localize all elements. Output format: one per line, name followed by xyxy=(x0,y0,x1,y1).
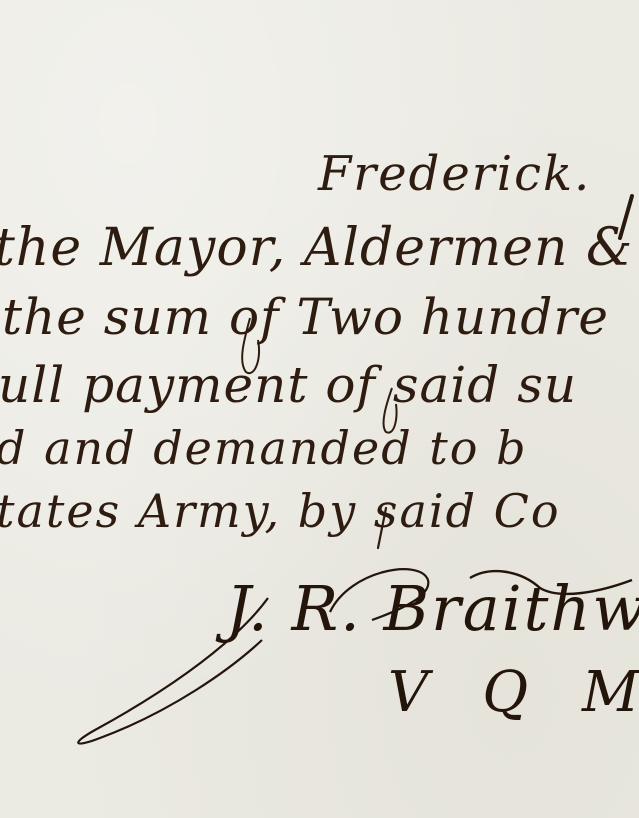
document-page: Frederick. the Mayor, Aldermen & the sum… xyxy=(0,0,639,818)
place-heading: Frederick. xyxy=(318,150,591,198)
body-line-3: ull payment of said su xyxy=(0,360,577,410)
body-line-5: tates Army, by said Co xyxy=(0,488,561,534)
signature-name: J. R. Braithwa xyxy=(226,572,639,645)
body-line-1: the Mayor, Aldermen & xyxy=(0,222,633,274)
body-line-4: d and demanded to b xyxy=(0,425,528,471)
signature-title: V Q M xyxy=(388,660,639,725)
body-line-2: the sum of Two hundre xyxy=(2,292,609,342)
